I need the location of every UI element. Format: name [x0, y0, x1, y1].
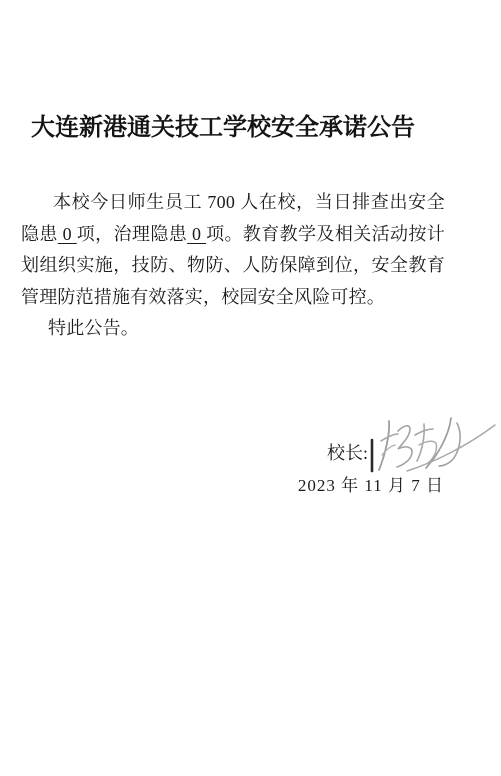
body-line-2-post: 项。教育教学及相关活动按计 [206, 224, 445, 244]
body-line-5: 特此公告。 [21, 313, 445, 345]
body-line-2: 隐患 0 项，治理隐患 0 项。教育教学及相关活动按计 [21, 219, 445, 251]
body-line-2-pre: 隐患 [21, 224, 58, 244]
body-line-2-mid: 项，治理隐患 [77, 224, 187, 244]
body-line-4: 管理防范措施有效落实，校园安全风险可控。 [21, 282, 445, 314]
handwritten-signature-icon [365, 409, 498, 477]
announcement-document: 大连新港通关技工学校安全承诺公告 本校今日师生员工 700 人在校，当日排查出安… [0, 0, 501, 776]
body-line-3: 划组织实施，技防、物防、人防保障到位，安全教育 [21, 250, 445, 282]
hazards-found-count: 0 [58, 224, 77, 244]
date: 2023 年 11 月 7 日 [298, 475, 444, 497]
page-title: 大连新港通关技工学校安全承诺公告 [11, 110, 435, 146]
hazards-resolved-count: 0 [187, 224, 206, 244]
body-text: 本校今日师生员工 700 人在校，当日排查出安全 隐患 0 项，治理隐患 0 项… [21, 187, 445, 345]
principal-label: 校长: [327, 442, 368, 464]
body-line-1: 本校今日师生员工 700 人在校，当日排查出安全 [21, 187, 445, 219]
